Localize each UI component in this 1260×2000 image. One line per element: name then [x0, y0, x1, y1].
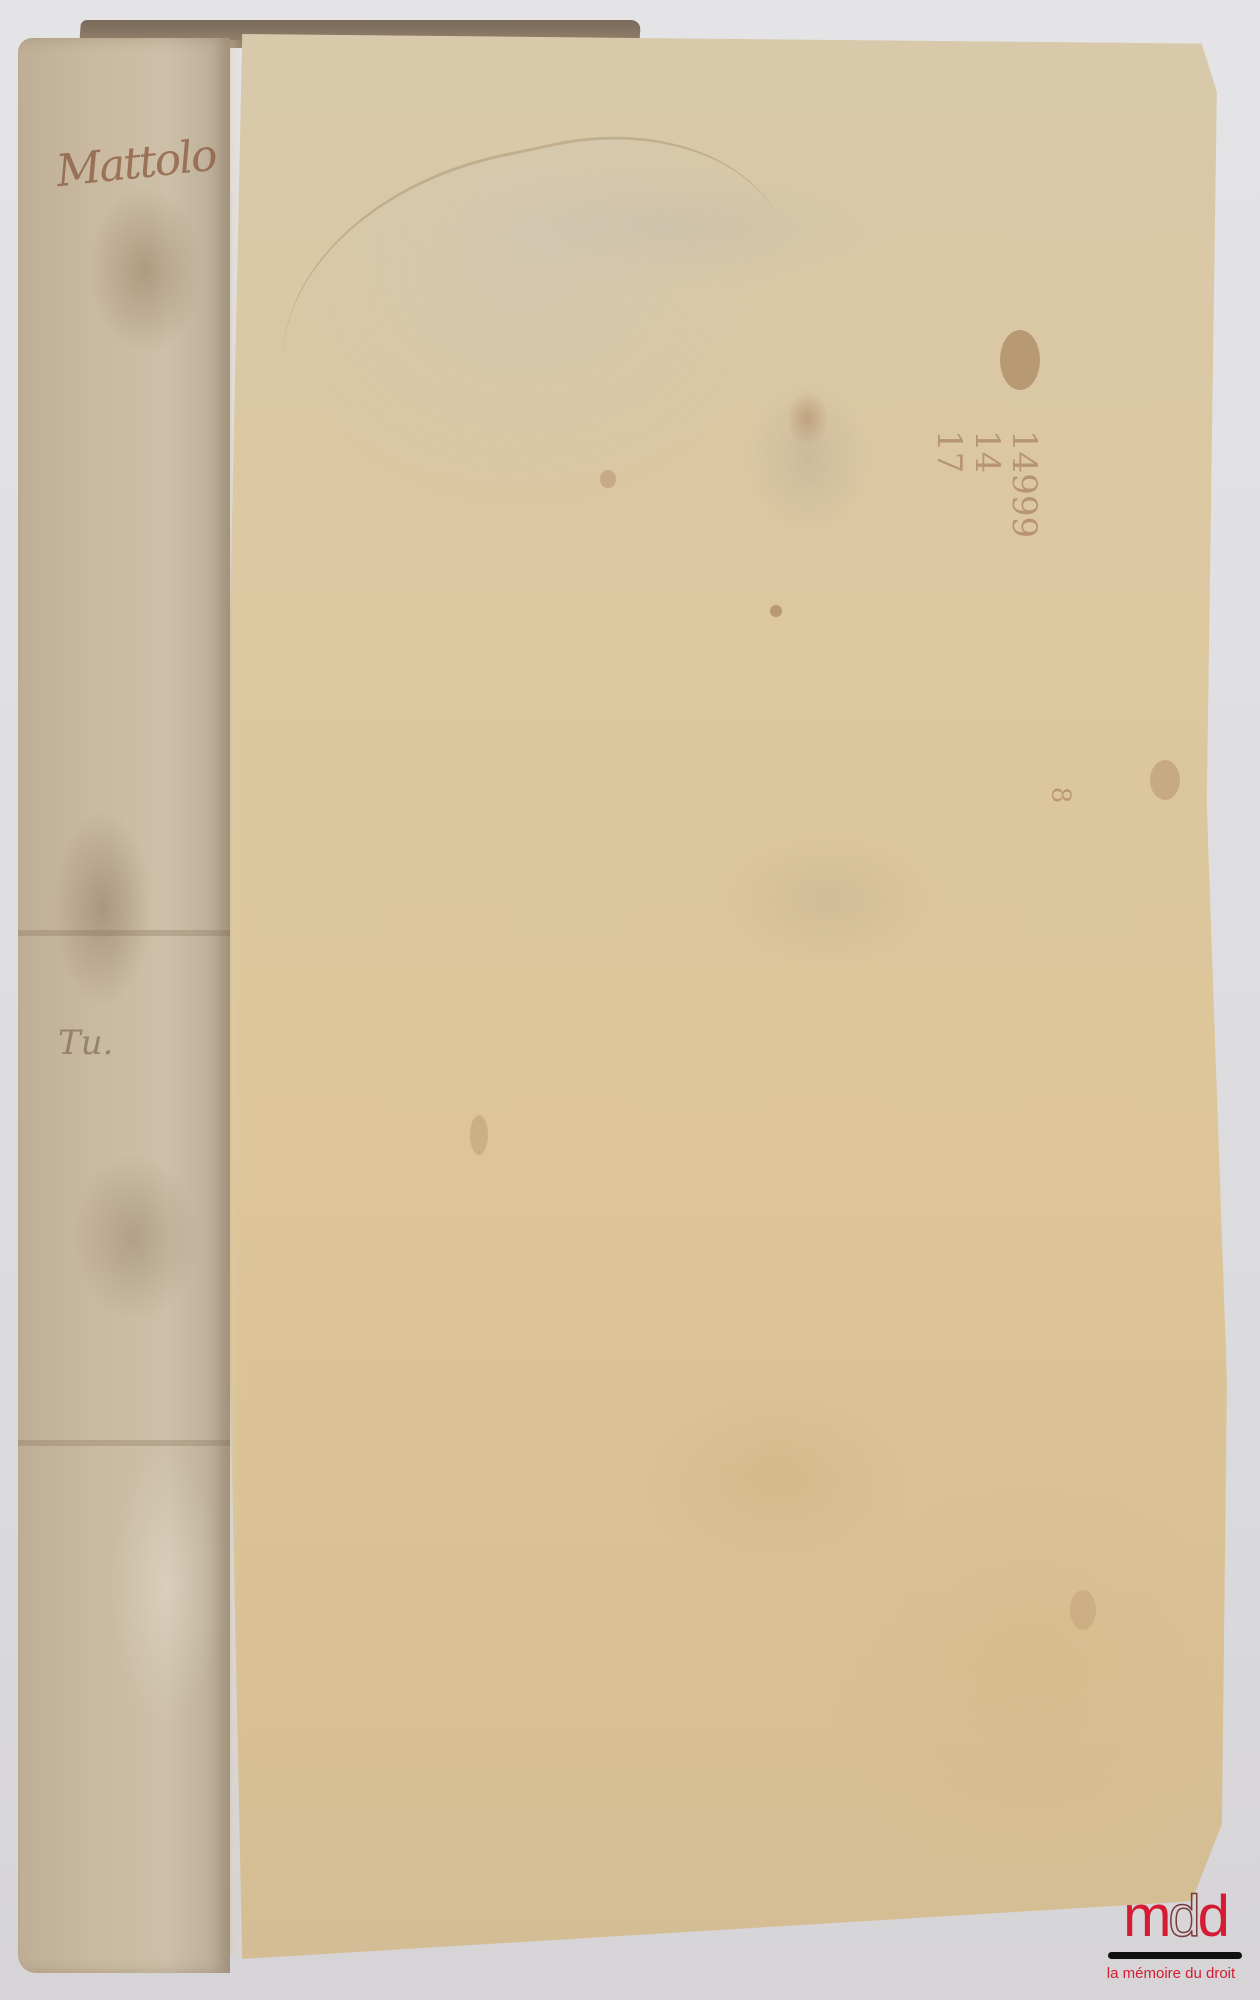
logo-letter-m: m — [1123, 1884, 1168, 1949]
book-spine: Mattolo Tu. — [18, 38, 230, 1973]
stain-spot — [1150, 760, 1180, 800]
book-photo: 14999 14 17 8 Mattolo Tu. mdd la mémoire… — [0, 0, 1260, 2000]
spine-title: Mattolo — [54, 130, 218, 197]
mdd-logo: mdd la mémoire du droit — [1100, 1888, 1250, 1982]
stain-spot — [770, 605, 782, 617]
handwritten-mark: 8 — [1045, 787, 1075, 804]
logo-bar — [1108, 1952, 1242, 1959]
logo-tagline: la mémoire du droit — [1092, 1965, 1250, 1982]
stain-spot — [600, 470, 616, 488]
stain-spot — [470, 1115, 488, 1155]
logo-mark: mdd — [1100, 1888, 1250, 1946]
spine-band — [18, 1440, 230, 1446]
logo-letter-d: d — [1198, 1884, 1227, 1949]
stain-spot — [1000, 330, 1040, 390]
logo-letter-d-outline: d — [1168, 1884, 1197, 1949]
spine-band — [18, 930, 230, 936]
handwritten-shelf-marks: 14999 14 17 — [930, 430, 1042, 538]
spine-label: Tu. — [58, 1023, 113, 1063]
stain-spot — [1070, 1590, 1096, 1630]
